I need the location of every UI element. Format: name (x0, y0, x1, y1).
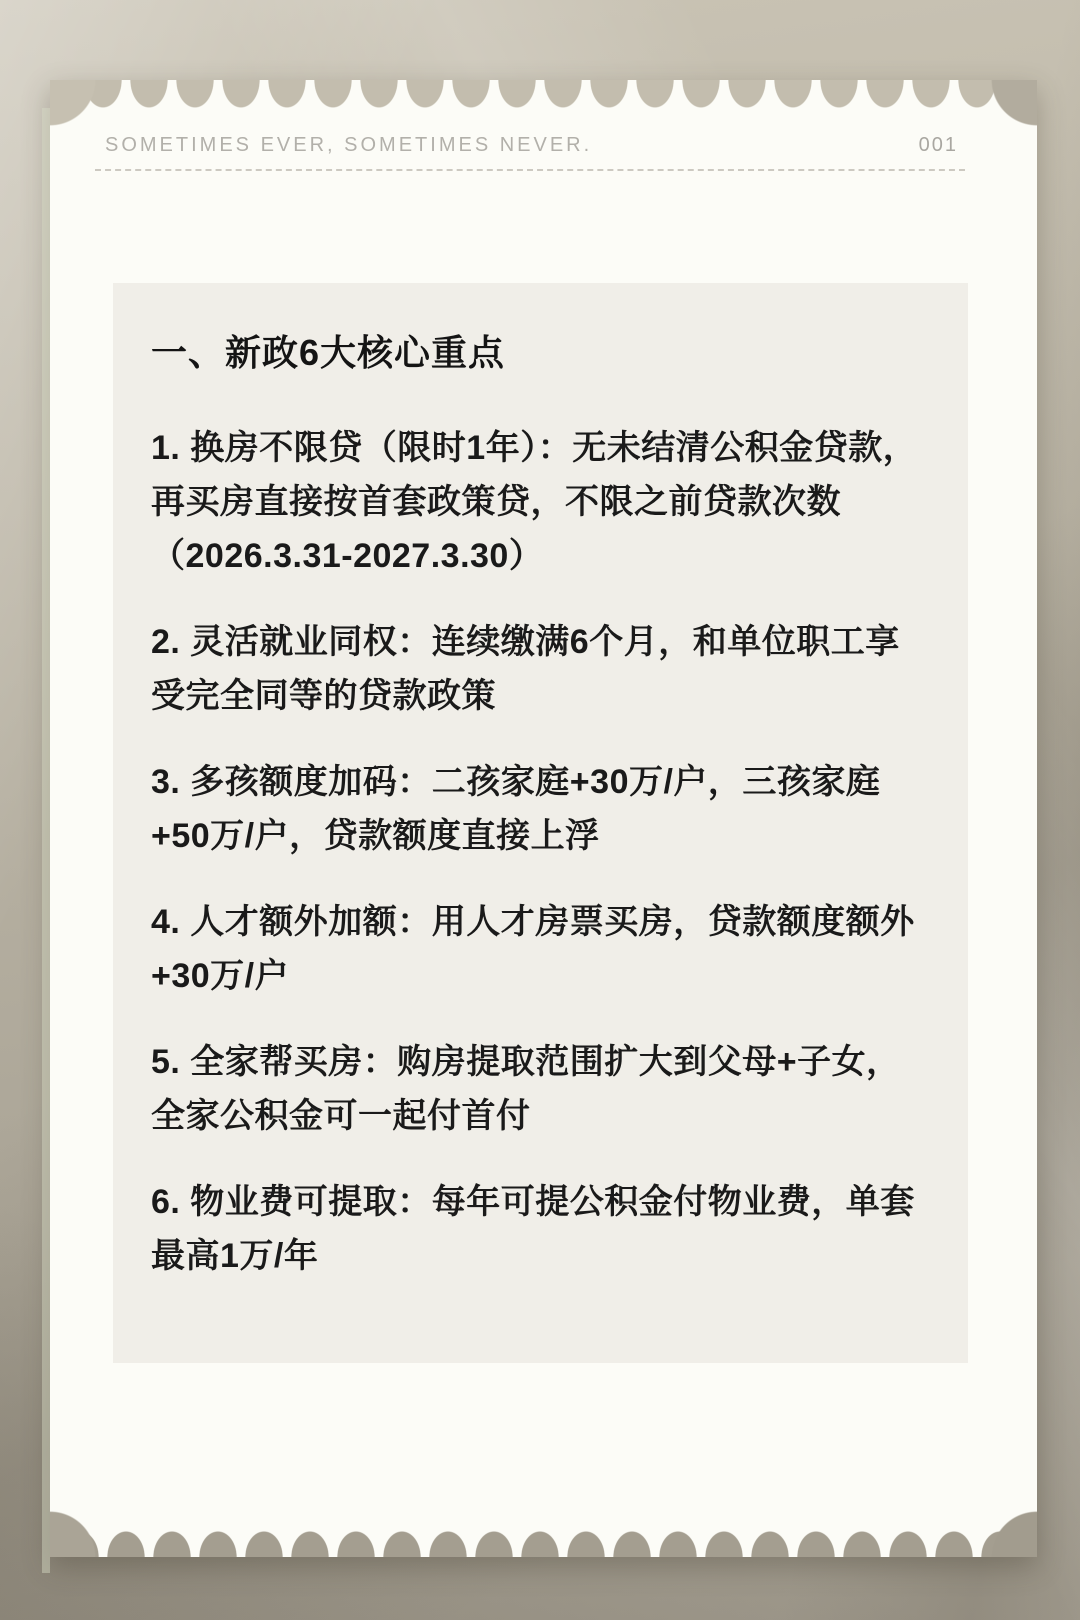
dashed-divider (95, 169, 965, 171)
perforation-bottom-edge (80, 1531, 1007, 1557)
content-panel: 一、新政6大核心重点 1. 换房不限贷（限时1年）：无未结清公积金贷款， 再买房… (113, 283, 968, 1363)
ticket-card: SOMETIMES EVER, SOMETIMES NEVER. 001 一、新… (50, 80, 1037, 1557)
policy-item-3: 3. 多孩额度加码：二孩家庭+30万/户，三孩家庭 +50万/户，贷款额度直接上… (151, 755, 946, 863)
tagline-text: SOMETIMES EVER, SOMETIMES NEVER. (105, 134, 592, 157)
corner-notch-top-left (50, 80, 96, 126)
policy-item-2: 2. 灵活就业同权：连续缴满6个月，和单位职工享 受完全同等的贷款政策 (151, 615, 946, 723)
policy-item-6: 6. 物业费可提取：每年可提公积金付物业费，单套 最高1万/年 (151, 1175, 946, 1283)
page-number: 001 (919, 134, 958, 157)
corner-notch-bottom-right (991, 1511, 1037, 1557)
policy-item-4: 4. 人才额外加额：用人才房票买房，贷款额度额外 +30万/户 (151, 895, 946, 1003)
card-header: SOMETIMES EVER, SOMETIMES NEVER. 001 (105, 134, 958, 157)
policy-item-5: 5. 全家帮买房：购房提取范围扩大到父母+子女， 全家公积金可一起付首付 (151, 1035, 946, 1143)
perforation-top-edge (80, 80, 1007, 108)
corner-notch-top-right (991, 80, 1037, 126)
policy-item-1: 1. 换房不限贷（限时1年）：无未结清公积金贷款， 再买房直接按首套政策贷，不限… (151, 421, 946, 583)
section-title: 一、新政6大核心重点 (151, 327, 946, 379)
corner-notch-bottom-left (50, 1511, 96, 1557)
